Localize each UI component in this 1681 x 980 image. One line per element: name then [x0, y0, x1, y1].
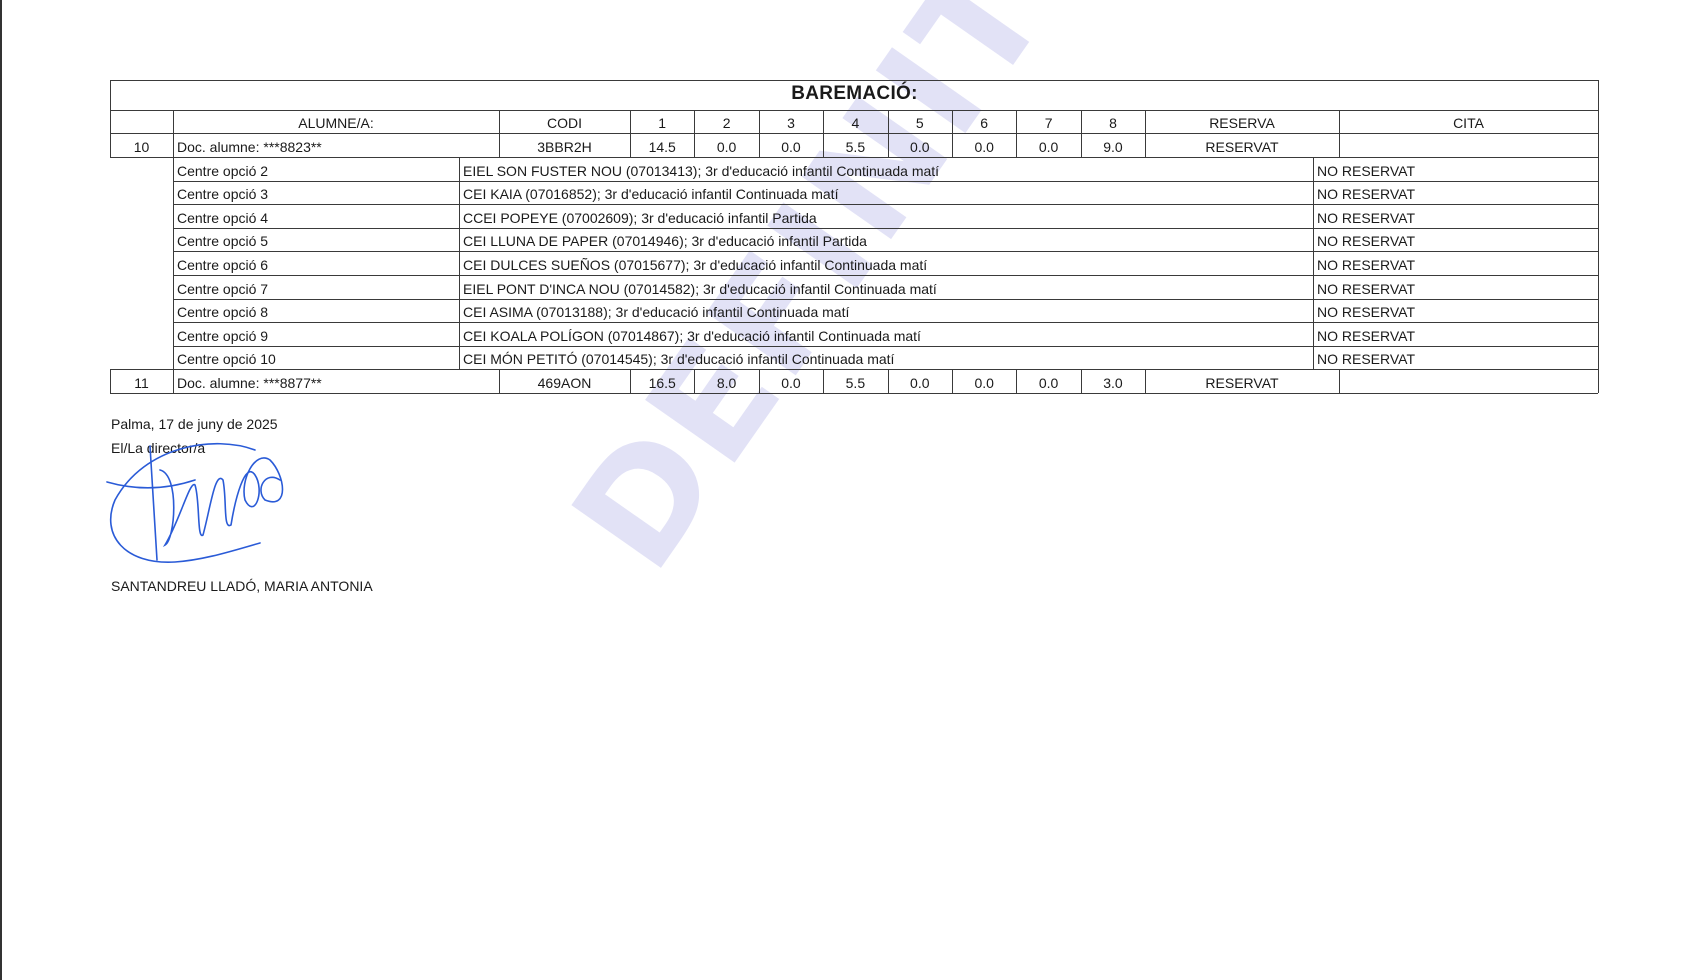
- column-header-score: 5: [888, 110, 952, 133]
- column-header-score: 7: [1016, 110, 1080, 133]
- table-rule: [1598, 80, 1599, 133]
- centre-option-name: EIEL SON FUSTER NOU (07013413); 3r d'edu…: [459, 157, 1313, 181]
- page-title: BAREMACIÓ:: [110, 83, 1599, 105]
- centre-option-status: NO RESERVAT: [1313, 299, 1598, 323]
- student-cita: [1339, 133, 1598, 157]
- student-codi: 469AON: [499, 369, 630, 393]
- centre-option-status: NO RESERVAT: [1313, 157, 1598, 181]
- student-score: 0.0: [888, 369, 952, 393]
- column-header-score: 1: [630, 110, 694, 133]
- centre-option-name: CEI MÓN PETITÓ (07014545); 3r d'educació…: [459, 346, 1313, 370]
- student-reserva: RESERVAT: [1145, 369, 1339, 393]
- student-score: 0.0: [759, 369, 823, 393]
- table-rule: [1598, 299, 1599, 323]
- place-date: Palma, 17 de juny de 2025: [111, 416, 278, 432]
- student-doc: Doc. alumne: ***8823**: [173, 133, 499, 157]
- centre-option-name: CEI LLUNA DE PAPER (07014946); 3r d'educ…: [459, 228, 1313, 252]
- signer-name: SANTANDREU LLADÓ, MARIA ANTONIA: [111, 578, 373, 594]
- centre-option-label: Centre opció 3: [173, 181, 459, 205]
- student-score: 0.0: [1016, 133, 1080, 157]
- table-rule: [1598, 275, 1599, 299]
- centre-option-label: Centre opció 7: [173, 275, 459, 299]
- centre-option-name: EIEL PONT D'INCA NOU (07014582); 3r d'ed…: [459, 275, 1313, 299]
- centre-option-status: NO RESERVAT: [1313, 346, 1598, 370]
- centre-option-name: CCEI POPEYE (07002609); 3r d'educació in…: [459, 204, 1313, 228]
- centre-option-status: NO RESERVAT: [1313, 322, 1598, 346]
- column-header-alumne: ALUMNE/A:: [173, 110, 499, 133]
- table-rule: [1598, 181, 1599, 205]
- student-score: 5.5: [823, 369, 887, 393]
- student-score: 0.0: [694, 133, 758, 157]
- student-codi: 3BBR2H: [499, 133, 630, 157]
- centre-option-name: CEI ASIMA (07013188); 3r d'educació infa…: [459, 299, 1313, 323]
- column-header-reserva: RESERVA: [1145, 110, 1339, 133]
- student-score: 5.5: [823, 133, 887, 157]
- table-rule: [1598, 204, 1599, 228]
- centre-option-label: Centre opció 2: [173, 157, 459, 181]
- table-rule: [110, 393, 1598, 394]
- centre-option-label: Centre opció 10: [173, 346, 459, 370]
- student-cita: [1339, 369, 1598, 393]
- student-score: 8.0: [694, 369, 758, 393]
- column-header-cita: CITA: [1339, 110, 1598, 133]
- student-score: 0.0: [759, 133, 823, 157]
- table-rule: [1598, 157, 1599, 181]
- student-reserva: RESERVAT: [1145, 133, 1339, 157]
- student-doc: Doc. alumne: ***8877**: [173, 369, 499, 393]
- centre-option-name: CEI DULCES SUEÑOS (07015677); 3r d'educa…: [459, 251, 1313, 275]
- centre-option-status: NO RESERVAT: [1313, 251, 1598, 275]
- student-score: 0.0: [1016, 369, 1080, 393]
- centre-option-status: NO RESERVAT: [1313, 275, 1598, 299]
- centre-option-status: NO RESERVAT: [1313, 228, 1598, 252]
- student-score: 0.0: [952, 133, 1016, 157]
- table-rule: [1598, 133, 1599, 157]
- table-rule: [1598, 369, 1599, 393]
- centre-option-label: Centre opció 8: [173, 299, 459, 323]
- centre-option-label: Centre opció 5: [173, 228, 459, 252]
- centre-option-name: CEI KOALA POLÍGON (07014867); 3r d'educa…: [459, 322, 1313, 346]
- column-header-score: 8: [1081, 110, 1145, 133]
- column-header-codi: CODI: [499, 110, 630, 133]
- row-number: 11: [110, 369, 173, 393]
- table-rule: [1598, 228, 1599, 252]
- column-header-score: 3: [759, 110, 823, 133]
- column-header-score: 2: [694, 110, 758, 133]
- table-rule: [1598, 346, 1599, 370]
- table-rule: [1598, 322, 1599, 346]
- student-score: 0.0: [888, 133, 952, 157]
- centre-option-label: Centre opció 9: [173, 322, 459, 346]
- student-score: 0.0: [952, 369, 1016, 393]
- centre-option-name: CEI KAIA (07016852); 3r d'educació infan…: [459, 181, 1313, 205]
- centre-option-status: NO RESERVAT: [1313, 204, 1598, 228]
- student-score: 3.0: [1081, 369, 1145, 393]
- centre-option-status: NO RESERVAT: [1313, 181, 1598, 205]
- centre-option-label: Centre opció 6: [173, 251, 459, 275]
- student-score: 14.5: [630, 133, 694, 157]
- column-header-score: 6: [952, 110, 1016, 133]
- column-header-score: 4: [823, 110, 887, 133]
- table-rule: [1598, 251, 1599, 275]
- student-score: 9.0: [1081, 133, 1145, 157]
- student-score: 16.5: [630, 369, 694, 393]
- signature-image: [105, 440, 305, 570]
- page-edge: [0, 0, 2, 980]
- table-rule: [110, 80, 1598, 81]
- centre-option-label: Centre opció 4: [173, 204, 459, 228]
- row-number: 10: [110, 133, 173, 157]
